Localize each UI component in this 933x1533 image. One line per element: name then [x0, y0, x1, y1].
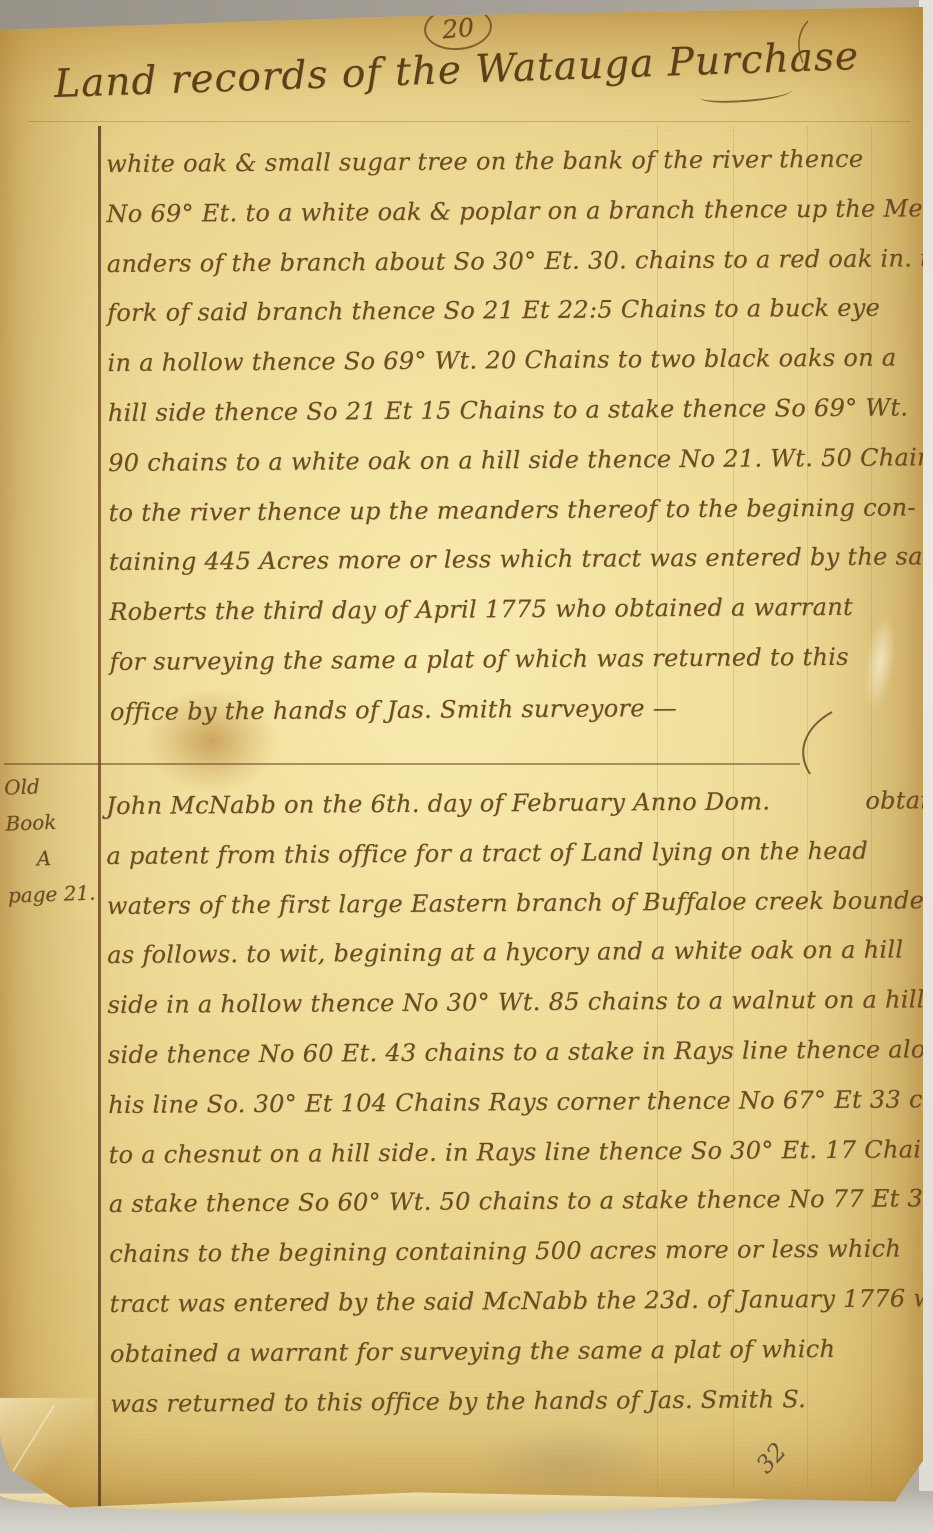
handwritten-line: obtained a warrant for surveying the sam…	[110, 1334, 933, 1390]
handwritten-line: to a chesnut on a hill side. in Rays lin…	[108, 1134, 933, 1190]
handwritten-line: a stake thence So 60° Wt. 50 chains to a…	[109, 1184, 933, 1240]
handwritten-line: John McNabb on the 6th. day of February …	[106, 786, 933, 842]
page-scan: 20 Land records of the Watauga Purchase …	[0, 0, 933, 1533]
handwritten-line: taining 445 Acres more or less which tra…	[109, 542, 933, 598]
handwritten-line: was returned to this office by the hands…	[110, 1383, 933, 1439]
entry-mcnabb-tract: John McNabb on the 6th. day of February …	[106, 786, 933, 1439]
handwritten-line: side in a hollow thence No 30° Wt. 85 ch…	[107, 985, 933, 1041]
handwritten-line: anders of the branch about So 30° Et. 30…	[107, 244, 933, 300]
pen-mark-divider-icon	[780, 706, 840, 778]
handwritten-line: a patent from this office for a tract of…	[106, 836, 933, 892]
handwritten-line: fork of said branch thence So 21 Et 22:5…	[107, 293, 933, 349]
margin-note-line: page 21.	[7, 874, 98, 913]
entry-divider-rule	[4, 763, 800, 765]
handwritten-line: as follows. to wit, begining at a hycory…	[107, 935, 933, 991]
handwritten-line: his line So. 30° Et 104 Chains Rays corn…	[108, 1085, 933, 1141]
margin-note-line: A	[6, 838, 97, 877]
handwritten-line: Roberts the third day of April 1775 who …	[109, 592, 933, 648]
handwritten-line: to the river thence up the meanders ther…	[108, 493, 933, 549]
header-rule	[28, 121, 910, 122]
manuscript-paper: 20 Land records of the Watauga Purchase …	[0, 0, 923, 1512]
handwritten-line: for surveying the same a plat of which w…	[109, 642, 933, 698]
handwritten-line: No 69° Et. to a white oak & poplar on a …	[106, 194, 933, 250]
handwritten-line: tract was entered by the said McNabb the…	[109, 1284, 933, 1340]
margin-note-line: Old Book	[4, 766, 96, 841]
handwritten-line: 90 chains to a white oak on a hill side …	[108, 443, 933, 499]
corner-numbering: 32	[751, 1437, 792, 1478]
title-flourish	[700, 84, 793, 105]
handwritten-line: hill side thence So 21 Et 15 Chains to a…	[108, 393, 933, 449]
handwritten-line: in a hollow thence So 69° Wt. 20 Chains …	[107, 343, 933, 399]
margin-note-old-book-ref: Old Book A page 21.	[4, 766, 99, 913]
handwritten-line: side thence No 60 Et. 43 chains to a sta…	[108, 1035, 933, 1091]
handwritten-line: chains to the begining containing 500 ac…	[109, 1234, 933, 1290]
handwritten-line: white oak & small sugar tree on the bank…	[106, 144, 933, 200]
margin-rule	[98, 126, 101, 1510]
entry-roberts-tract: white oak & small sugar tree on the bank…	[106, 144, 933, 748]
page-number: 20	[441, 12, 475, 44]
handwritten-line: waters of the first large Eastern branch…	[107, 885, 933, 941]
